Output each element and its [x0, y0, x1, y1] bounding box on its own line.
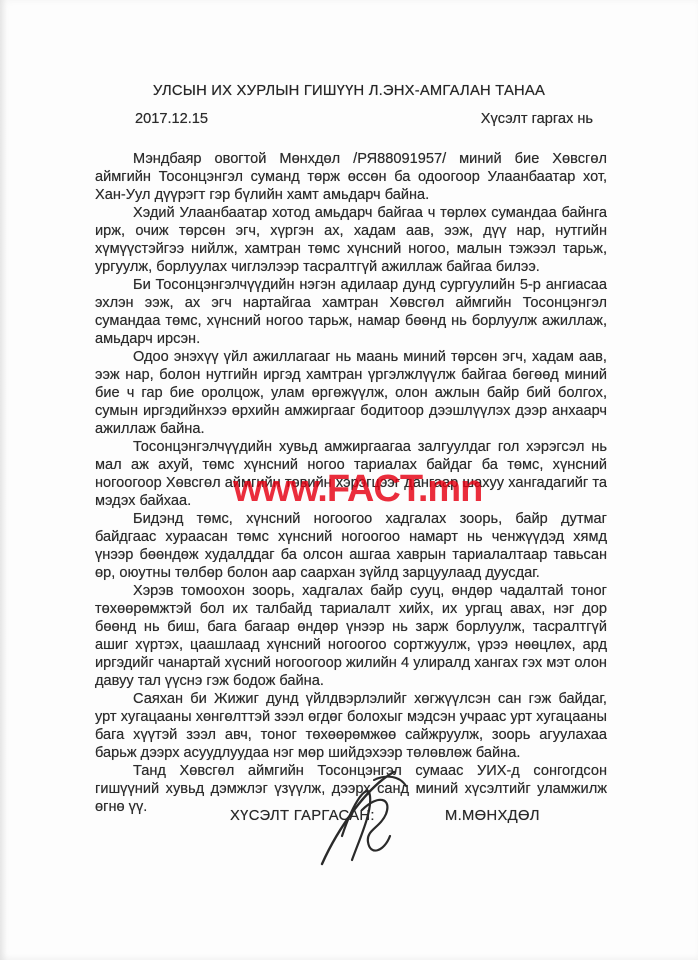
request-heading: Хүсэлт гаргах нь [481, 111, 593, 127]
signatory-name: М.МӨНХДӨЛ [445, 808, 540, 824]
letter-body: Мэндбаяр овогтой Мөнхдөл /РЯ88091957/ ми… [95, 150, 607, 816]
paragraph: Саяхан би Жижиг дунд үйлдвэрлэлийг хөгжү… [95, 690, 607, 762]
paragraph: Мэндбаяр овогтой Мөнхдөл /РЯ88091957/ ми… [95, 150, 607, 204]
paragraph: Одоо энэхүү үйл ажиллагааг нь маань мини… [95, 348, 607, 438]
paragraph: Хэдий Улаанбаатар хотод амьдарч байгаа ч… [95, 204, 607, 276]
document-page: УЛСЫН ИХ ХУРЛЫН ГИШҮҮН Л.ЭНХ-АМГАЛАН ТАН… [0, 0, 698, 960]
document-title: УЛСЫН ИХ ХУРЛЫН ГИШҮҮН Л.ЭНХ-АМГАЛАН ТАН… [0, 83, 698, 99]
paragraph: Тосонцэнгэлчүүдийн хувьд амжиргаагаа зал… [95, 438, 607, 510]
paragraph: Би Тосонцэнгэлчүүдийн нэгэн адилаар дунд… [95, 276, 607, 348]
paragraph: Хэрэв томоохон зоорь, хадгалах байр сууц… [95, 582, 607, 690]
date-row: 2017.12.15 Хүсэлт гаргах нь [95, 111, 607, 127]
signature-block: ХҮСЭЛТ ГАРГАСАН: М.МӨНХДӨЛ [0, 806, 698, 866]
paragraph: Бидэнд төмс, хүнсний ногоогоо хадгалах з… [95, 510, 607, 582]
handwritten-signature [316, 766, 412, 870]
document-date: 2017.12.15 [135, 111, 208, 127]
